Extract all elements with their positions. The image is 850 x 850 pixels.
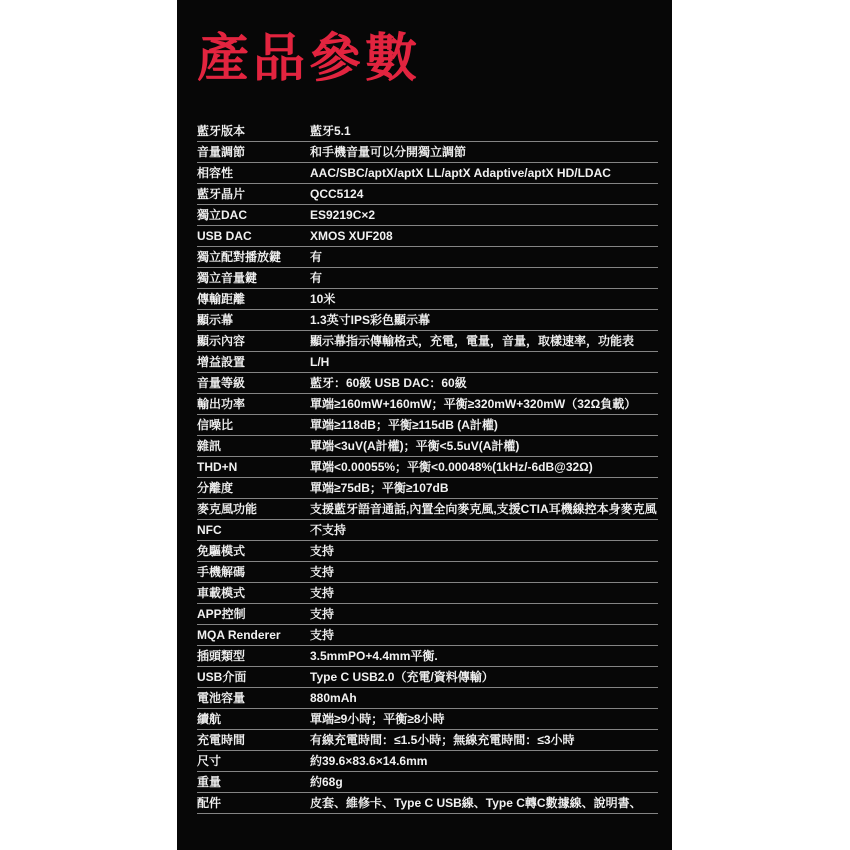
spec-value: 單端≥9小時；平衡≥8小時 bbox=[310, 710, 658, 727]
spec-label: 分離度 bbox=[197, 479, 310, 496]
spec-value: 支持 bbox=[310, 584, 658, 601]
spec-value: AAC/SBC/aptX/aptX LL/aptX Adaptive/aptX … bbox=[310, 166, 658, 180]
spec-value: 有 bbox=[310, 248, 658, 265]
spec-label: USB介面 bbox=[197, 668, 310, 685]
spec-value: 約68g bbox=[310, 773, 658, 790]
spec-label: 獨立DAC bbox=[197, 206, 310, 223]
spec-row: 增益設置L/H bbox=[197, 352, 658, 373]
spec-value: 單端≥160mW+160mW；平衡≥320mW+320mW（32Ω負載） bbox=[310, 395, 658, 412]
spec-label: 增益設置 bbox=[197, 353, 310, 370]
spec-label: 插頭類型 bbox=[197, 647, 310, 664]
spec-label: 重量 bbox=[197, 773, 310, 790]
spec-row: 音量等級藍牙：60級 USB DAC：60級 bbox=[197, 373, 658, 394]
spec-value: 10米 bbox=[310, 290, 658, 307]
spec-value: 支持 bbox=[310, 605, 658, 622]
spec-row: 傳輸距離10米 bbox=[197, 289, 658, 310]
spec-value: 和手機音量可以分開獨立調節 bbox=[310, 143, 658, 160]
spec-value: 880mAh bbox=[310, 691, 658, 705]
spec-row: 免驅模式支持 bbox=[197, 541, 658, 562]
spec-row: 手機解碼支持 bbox=[197, 562, 658, 583]
spec-row: 續航單端≥9小時；平衡≥8小時 bbox=[197, 709, 658, 730]
page: 產品參數 藍牙版本藍牙5.1音量調節和手機音量可以分開獨立調節相容性AAC/SB… bbox=[0, 0, 850, 850]
spec-label: 藍牙版本 bbox=[197, 122, 310, 139]
spec-row: NFC不支持 bbox=[197, 520, 658, 541]
spec-row: 顯示幕1.3英寸IPS彩色顯示幕 bbox=[197, 310, 658, 331]
page-title: 產品參數 bbox=[197, 30, 658, 90]
spec-label: 手機解碼 bbox=[197, 563, 310, 580]
spec-row: 分離度單端≥75dB；平衡≥107dB bbox=[197, 478, 658, 499]
spec-label: 麥克風功能 bbox=[197, 500, 310, 517]
spec-value: 單端<0.00055%；平衡<0.00048%(1kHz/-6dB@32Ω) bbox=[310, 458, 658, 475]
spec-row: THD+N單端<0.00055%；平衡<0.00048%(1kHz/-6dB@3… bbox=[197, 457, 658, 478]
spec-table: 藍牙版本藍牙5.1音量調節和手機音量可以分開獨立調節相容性AAC/SBC/apt… bbox=[197, 121, 658, 814]
spec-value: 支持 bbox=[310, 542, 658, 559]
spec-label: 信噪比 bbox=[197, 416, 310, 433]
spec-row: 獨立音量鍵有 bbox=[197, 268, 658, 289]
spec-label: 免驅模式 bbox=[197, 542, 310, 559]
spec-label: MQA Renderer bbox=[197, 628, 310, 642]
spec-row: 麥克風功能支援藍牙語音通話,內置全向麥克風,支援CTIA耳機線控本身麥克風 bbox=[197, 499, 658, 520]
spec-label: 藍牙晶片 bbox=[197, 185, 310, 202]
spec-value: 單端≥75dB；平衡≥107dB bbox=[310, 479, 658, 496]
spec-row: 重量約68g bbox=[197, 772, 658, 793]
spec-label: 獨立音量鍵 bbox=[197, 269, 310, 286]
spec-label: 電池容量 bbox=[197, 689, 310, 706]
spec-label: 獨立配對播放鍵 bbox=[197, 248, 310, 265]
spec-value: Type C USB2.0（充電/資料傳輸） bbox=[310, 668, 658, 685]
spec-panel: 產品參數 藍牙版本藍牙5.1音量調節和手機音量可以分開獨立調節相容性AAC/SB… bbox=[177, 0, 672, 850]
spec-row: 車載模式支持 bbox=[197, 583, 658, 604]
spec-row: 相容性AAC/SBC/aptX/aptX LL/aptX Adaptive/ap… bbox=[197, 163, 658, 184]
spec-label: THD+N bbox=[197, 460, 310, 474]
spec-label: 車載模式 bbox=[197, 584, 310, 601]
spec-value: 藍牙5.1 bbox=[310, 122, 658, 139]
spec-label: 配件 bbox=[197, 794, 310, 811]
spec-value: ES9219C×2 bbox=[310, 208, 658, 222]
spec-value: 有線充電時間：≤1.5小時；無線充電時間：≤3小時 bbox=[310, 731, 658, 748]
spec-value: 顯示幕指示傳輸格式，充電，電量，音量，取樣速率，功能表 bbox=[310, 332, 658, 349]
spec-label: 續航 bbox=[197, 710, 310, 727]
spec-label: 音量等級 bbox=[197, 374, 310, 391]
spec-row: 輸出功率單端≥160mW+160mW；平衡≥320mW+320mW（32Ω負載） bbox=[197, 394, 658, 415]
spec-label: 雜訊 bbox=[197, 437, 310, 454]
spec-row: 插頭類型3.5mmPO+4.4mm平衡. bbox=[197, 646, 658, 667]
spec-value: XMOS XUF208 bbox=[310, 229, 658, 243]
spec-label: 輸出功率 bbox=[197, 395, 310, 412]
spec-value: 約39.6×83.6×14.6mm bbox=[310, 752, 658, 769]
spec-row: 藍牙版本藍牙5.1 bbox=[197, 121, 658, 142]
spec-label: 充電時間 bbox=[197, 731, 310, 748]
spec-value: 皮套、維修卡、Type C USB線、Type C轉C數據線、說明書、 bbox=[310, 794, 658, 811]
spec-value: 3.5mmPO+4.4mm平衡. bbox=[310, 647, 658, 664]
spec-row: 藍牙晶片QCC5124 bbox=[197, 184, 658, 205]
spec-row: 配件皮套、維修卡、Type C USB線、Type C轉C數據線、說明書、 bbox=[197, 793, 658, 814]
spec-value: 支持 bbox=[310, 626, 658, 643]
spec-label: NFC bbox=[197, 523, 310, 537]
spec-label: 相容性 bbox=[197, 164, 310, 181]
spec-row: MQA Renderer支持 bbox=[197, 625, 658, 646]
spec-value: 藍牙：60級 USB DAC：60級 bbox=[310, 374, 658, 391]
spec-value: 1.3英寸IPS彩色顯示幕 bbox=[310, 311, 658, 328]
spec-value: 支援藍牙語音通話,內置全向麥克風,支援CTIA耳機線控本身麥克風 bbox=[310, 500, 658, 517]
spec-label: 傳輸距離 bbox=[197, 290, 310, 307]
spec-row: 獨立DACES9219C×2 bbox=[197, 205, 658, 226]
spec-value: 單端<3uV(A計權)；平衡<5.5uV(A計權) bbox=[310, 437, 658, 454]
spec-value: QCC5124 bbox=[310, 187, 658, 201]
spec-value: 不支持 bbox=[310, 521, 658, 538]
spec-label: APP控制 bbox=[197, 605, 310, 622]
spec-row: 音量調節和手機音量可以分開獨立調節 bbox=[197, 142, 658, 163]
spec-value: 支持 bbox=[310, 563, 658, 580]
spec-row: 充電時間有線充電時間：≤1.5小時；無線充電時間：≤3小時 bbox=[197, 730, 658, 751]
spec-label: 尺寸 bbox=[197, 752, 310, 769]
spec-value: 單端≥118dB；平衡≥115dB (A計權) bbox=[310, 416, 658, 433]
spec-row: 尺寸約39.6×83.6×14.6mm bbox=[197, 751, 658, 772]
spec-value: 有 bbox=[310, 269, 658, 286]
spec-row: 電池容量880mAh bbox=[197, 688, 658, 709]
spec-row: 獨立配對播放鍵有 bbox=[197, 247, 658, 268]
spec-row: APP控制支持 bbox=[197, 604, 658, 625]
spec-label: USB DAC bbox=[197, 229, 310, 243]
spec-label: 顯示內容 bbox=[197, 332, 310, 349]
spec-value: L/H bbox=[310, 355, 658, 369]
spec-label: 顯示幕 bbox=[197, 311, 310, 328]
spec-row: 顯示內容顯示幕指示傳輸格式，充電，電量，音量，取樣速率，功能表 bbox=[197, 331, 658, 352]
spec-row: USB介面Type C USB2.0（充電/資料傳輸） bbox=[197, 667, 658, 688]
spec-label: 音量調節 bbox=[197, 143, 310, 160]
spec-row: USB DACXMOS XUF208 bbox=[197, 226, 658, 247]
spec-row: 雜訊單端<3uV(A計權)；平衡<5.5uV(A計權) bbox=[197, 436, 658, 457]
spec-row: 信噪比單端≥118dB；平衡≥115dB (A計權) bbox=[197, 415, 658, 436]
